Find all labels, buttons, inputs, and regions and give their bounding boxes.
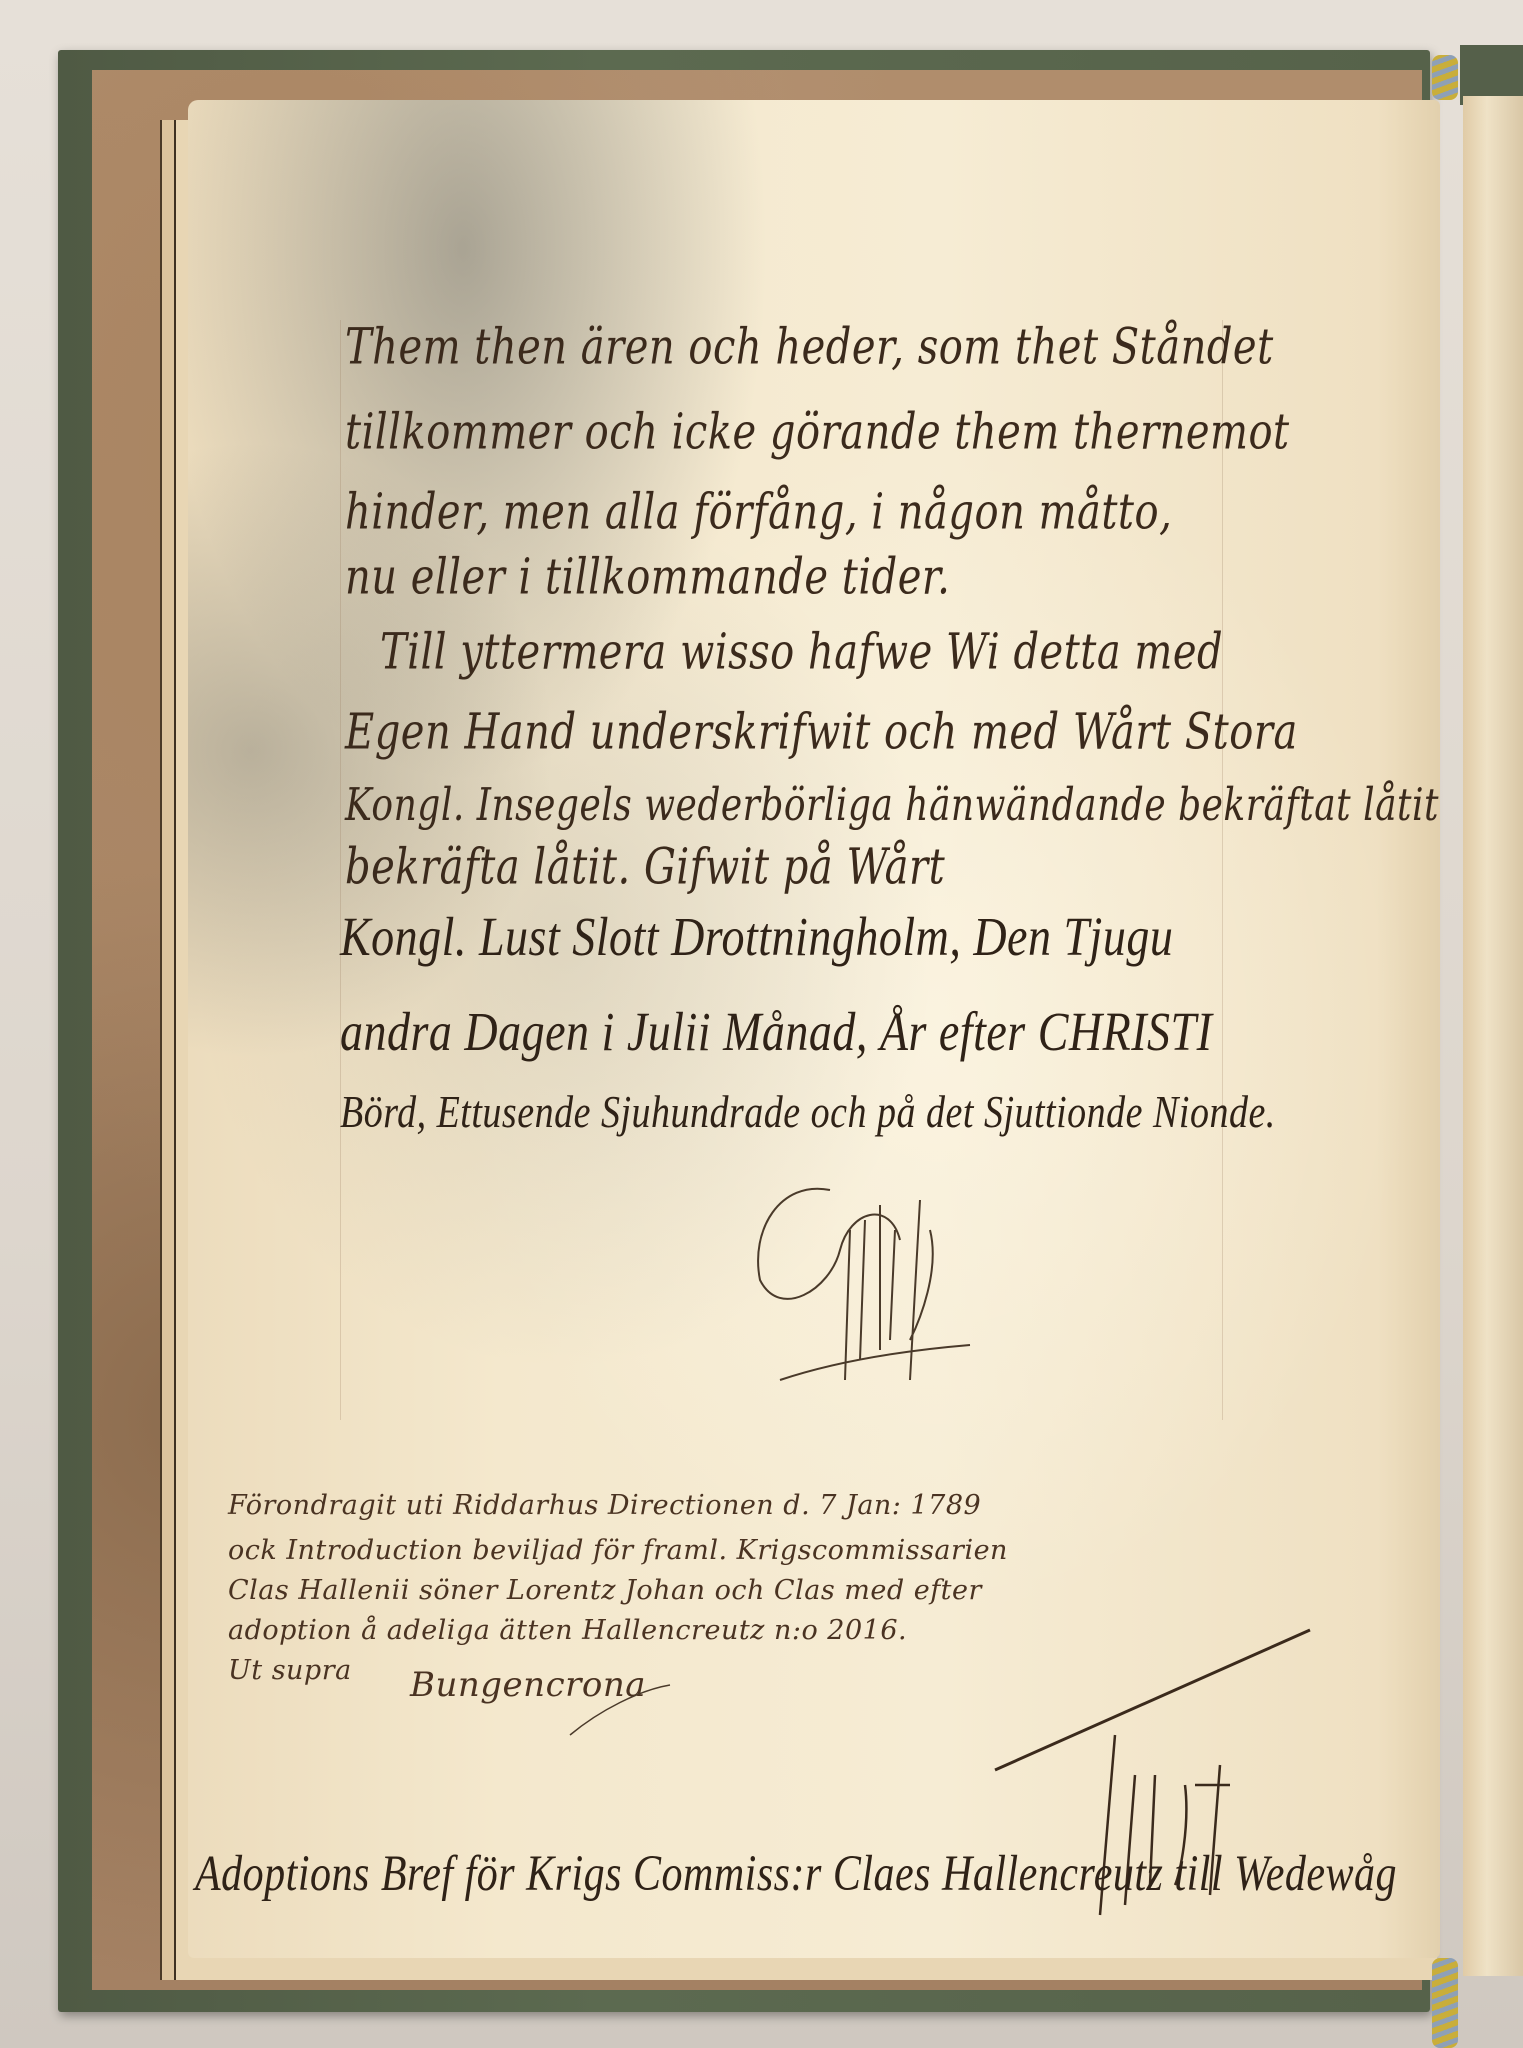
body-line-3: hinder, men alla förfång, i någon måtto,: [345, 484, 1172, 542]
note-line-5: Ut supra: [228, 1655, 352, 1686]
body-line-1: Them then ären och heder, som thet Stånd…: [345, 319, 1274, 377]
margin-rule-right: [1222, 320, 1223, 1420]
note-line-3: Clas Hallenii söner Lorentz Johan och Cl…: [228, 1575, 982, 1606]
body-line-6: Egen Hand underskrifwit och med Wårt Sto…: [345, 704, 1298, 762]
countersignature-flourish: [990, 1625, 1330, 1955]
silk-thread-bottom: [1432, 1958, 1458, 2048]
registrar-flourish: [560, 1680, 680, 1740]
note-line-2: ock Introduction beviljad för framl. Kri…: [228, 1535, 1008, 1566]
silk-thread-top: [1432, 55, 1458, 100]
body-line-9: Kongl. Lust Slott Drottningholm, Den Tju…: [340, 904, 1173, 968]
margin-rule-left: [340, 320, 341, 1420]
document-title-line: Adoptions Bref för Krigs Commiss:r Claes…: [195, 1845, 1397, 1903]
body-line-8: bekräfta låtit. Gifwit på Wårt: [345, 839, 945, 897]
royal-signature-flourish: [740, 1170, 980, 1420]
body-line-4: nu eller i tillkommande tider.: [345, 549, 950, 607]
body-line-11: Börd, Ettusende Sjuhundrade och på det S…: [340, 1086, 1276, 1139]
body-line-5: Till yttermera wisso hafwe Wi detta med: [380, 624, 1223, 682]
note-line-1: Förondragit uti Riddarhus Directionen d.…: [228, 1490, 981, 1521]
note-line-4: adoption å adeliga ätten Hallencreutz n:…: [228, 1615, 907, 1646]
body-line-2: tillkommer och icke görande them thernem…: [345, 404, 1290, 462]
facing-page-edge: [1463, 96, 1523, 1976]
body-line-10: andra Dagen i Julii Månad, År efter CHRI…: [340, 999, 1212, 1063]
body-line-7: Kongl. Insegels wederbörliga hänwändande…: [345, 780, 1439, 831]
